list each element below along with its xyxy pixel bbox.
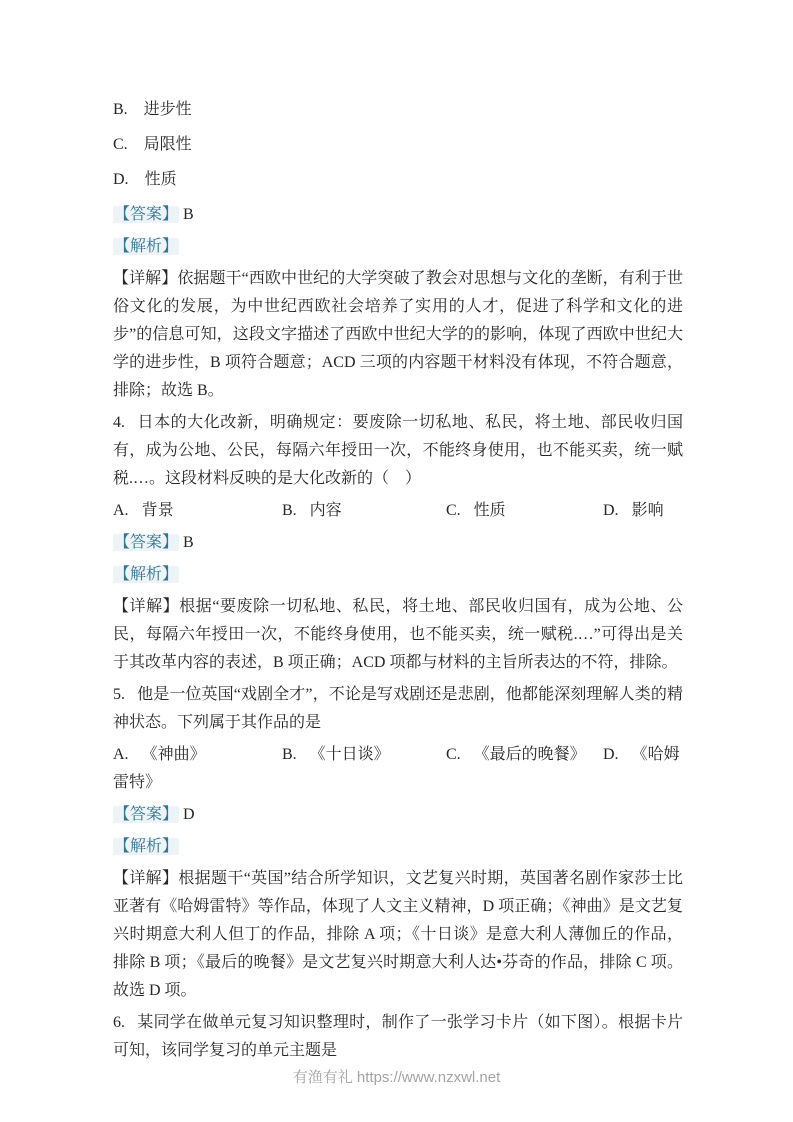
q4-stem: 4.日本的大化改新，明确规定：要废除一切私地、私民，将土地、部民收归国有，成为公… [113,409,683,493]
q5-options-row: A.《神曲》B.《十日谈》C.《最后的晚餐》D.《哈姆雷特》 [113,741,683,797]
exam-content: B.进步性 C.局限性 D.性质 【答案】B 【解析】 【详解】依据题干“西欧中… [113,96,683,1069]
question-number: 5. [113,686,125,703]
q5-option-a: A.《神曲》 [113,741,282,769]
q3-analysis-line: 【解析】 [113,233,683,261]
q4-options-row: A.背景B.内容C.性质D.影响 [113,497,683,525]
q4-analysis-line: 【解析】 [113,561,683,589]
option-text: 局限性 [144,136,192,153]
q3-option-b: B.进步性 [113,96,683,124]
option-letter: A. [113,502,129,519]
q4-option-a: A.背景 [113,497,282,525]
option-letter: C. [446,502,461,519]
q5-answer-value: D [183,806,195,823]
analysis-label: 【解析】 [113,238,179,255]
option-letter: D. [603,746,619,763]
question-number: 6. [113,1014,125,1031]
q4-answer-value: B [183,534,194,551]
q3-detail-paragraph: 【详解】依据题干“西欧中世纪的大学突破了教会对思想与文化的垄断，有利于世俗文化的… [113,265,683,405]
q5-option-c: C.《最后的晚餐》 [446,741,603,769]
q3-answer-value: B [183,206,194,223]
q5-stem: 5.他是一位英国“戏剧全才”，不论是写戏剧还是悲剧，他都能深刻理解人类的精神状态… [113,681,683,737]
option-letter: B. [113,101,128,118]
q5-option-b: B.《十日谈》 [282,741,446,769]
q5-analysis-line: 【解析】 [113,833,683,861]
option-text: 《神曲》 [142,746,206,763]
option-letter: D. [113,171,129,188]
option-text: 性质 [145,171,177,188]
question-number: 4. [113,414,125,431]
q4-option-b: B.内容 [282,497,446,525]
document-page: B.进步性 C.局限性 D.性质 【答案】B 【解析】 【详解】依据题干“西欧中… [0,0,793,1122]
q4-option-d: D.影响 [603,502,664,519]
q4-answer-line: 【答案】B [113,529,683,557]
q3-option-d: D.性质 [113,166,683,194]
q4-option-c: C.性质 [446,497,603,525]
option-letter: A. [113,746,129,763]
option-letter: B. [282,502,297,519]
option-letter: C. [446,746,461,763]
option-letter: D. [603,502,619,519]
q3-answer-line: 【答案】B [113,201,683,229]
answer-label: 【答案】 [113,206,179,223]
q4-detail-paragraph: 【详解】根据“要废除一切私地、私民，将土地、部民收归国有，成为公地、公民，每隔六… [113,593,683,677]
analysis-label: 【解析】 [113,838,179,855]
analysis-label: 【解析】 [113,566,179,583]
q5-detail-paragraph: 【详解】根据题干“英国”结合所学知识，文艺复兴时期，英国著名剧作家莎士比亚著有《… [113,865,683,1005]
answer-label: 【答案】 [113,806,179,823]
q6-stem: 6.某同学在做单元复习知识整理时，制作了一张学习卡片（如下图）。根据卡片可知，该… [113,1009,683,1065]
question-text: 他是一位英国“戏剧全才”，不论是写戏剧还是悲剧，他都能深刻理解人类的精神状态。下… [113,686,683,731]
option-text: 背景 [142,502,174,519]
watermark-footer: 有渔有礼 https://www.nzxwl.net [0,1066,793,1087]
option-letter: C. [113,136,128,153]
question-text: 某同学在做单元复习知识整理时，制作了一张学习卡片（如下图）。根据卡片可知，该同学… [113,1014,683,1059]
question-text: 日本的大化改新，明确规定：要废除一切私地、私民，将土地、部民收归国有，成为公地、… [113,414,683,487]
watermark-text: 有渔有礼 https://www.nzxwl.net [293,1069,501,1086]
q3-option-c: C.局限性 [113,131,683,159]
q5-answer-line: 【答案】D [113,801,683,829]
option-text: 进步性 [144,101,192,118]
option-text: 《十日谈》 [310,746,390,763]
option-text: 《最后的晚餐》 [474,746,586,763]
option-text: 内容 [310,502,342,519]
option-text: 影响 [632,502,664,519]
option-text: 性质 [474,502,506,519]
answer-label: 【答案】 [113,534,179,551]
option-letter: B. [282,746,297,763]
